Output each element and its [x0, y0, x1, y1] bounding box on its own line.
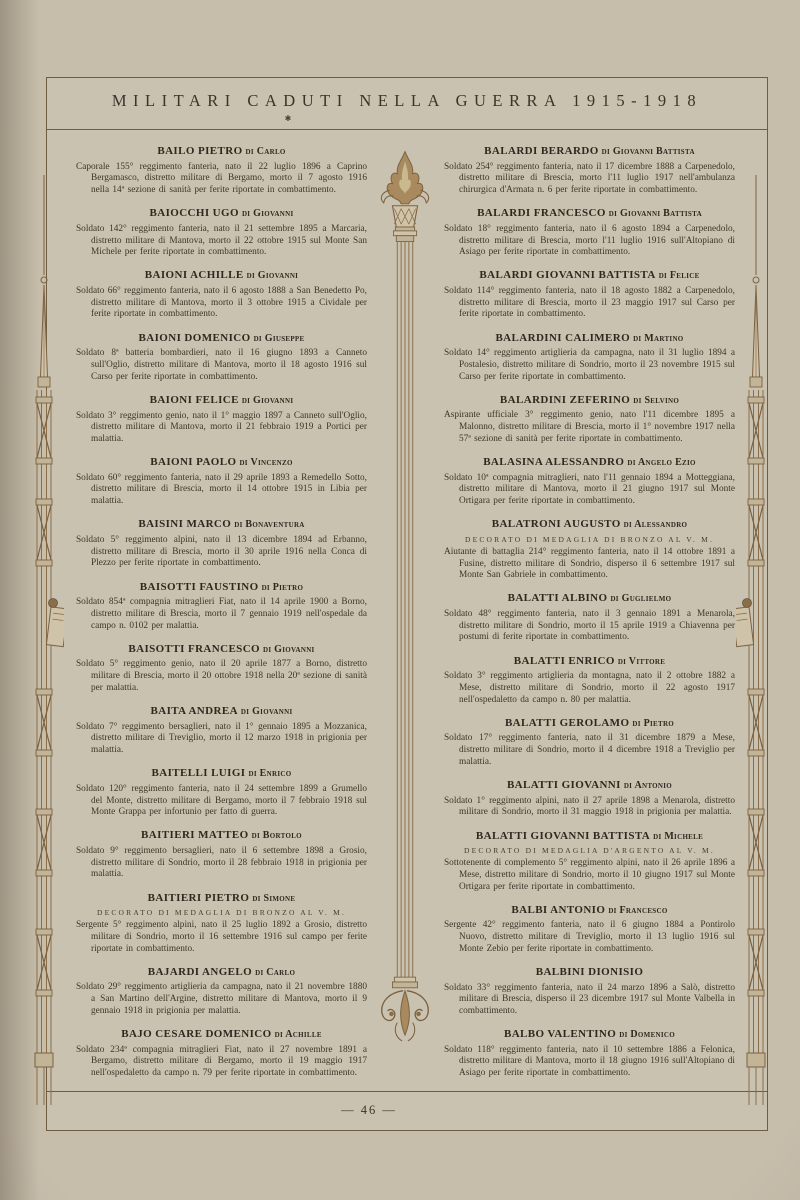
entry-text: Soldato 854ª compagnia mitraglieri Fiat,… — [76, 597, 367, 632]
soldier-entry: BAILO PIETROdi Carlo Caporale 155° reggi… — [76, 145, 367, 197]
soldier-name: BALBINI DIONISIO — [536, 966, 644, 978]
soldier-name-heading: BAILO PIETROdi Carlo — [76, 145, 367, 158]
entry-text: Soldato 60° reggimento fanteria, nato il… — [76, 473, 367, 508]
page-number: — 46 — — [341, 1092, 397, 1128]
soldier-patronymic: di Giovanni Battista — [602, 146, 695, 157]
soldier-name: BAILO PIETRO — [157, 145, 242, 157]
soldier-entry: BALARDI BERARDOdi Giovanni Battista Sold… — [444, 145, 735, 197]
soldier-name-heading: BAISINI MARCOdi Bonaventura — [76, 518, 367, 531]
entry-text: Soldato 8ª batteria bombardieri, nato il… — [76, 348, 367, 383]
soldier-entry: BAJO CESARE DOMENICOdi Achille Soldato 2… — [76, 1028, 367, 1080]
soldier-patronymic: di Simone — [252, 893, 295, 904]
entry-text: Soldato 120° reggimento fanteria, nato i… — [76, 784, 367, 819]
soldier-entry: BALATTI GIOVANNIdi Antonio Soldato 1° re… — [444, 779, 735, 819]
soldier-name: BALATTI GIOVANNI BATTISTA — [476, 830, 650, 842]
left-column: BAILO PIETROdi Carlo Caporale 155° reggi… — [76, 145, 367, 1080]
soldier-name-heading: BAISOTTI FAUSTINOdi Pietro — [76, 581, 367, 594]
soldier-name-heading: BAIONI PAOLOdi Vincenzo — [76, 456, 367, 469]
soldier-name-heading: BALATTI GIOVANNIdi Antonio — [444, 779, 735, 792]
entry-text: Caporale 155° reggimento fanteria, nato … — [76, 162, 367, 197]
entry-text: Soldato 14° reggimento artiglieria da ca… — [444, 348, 735, 383]
soldier-name: BAIOCCHI UGO — [149, 207, 238, 219]
soldier-name-heading: BAISOTTI FRANCESCOdi Giovanni — [76, 643, 367, 656]
soldier-name: BAISOTTI FRANCESCO — [128, 643, 260, 655]
entry-text: Soldato 7° reggimento bersaglieri, nato … — [76, 722, 367, 757]
soldier-name: BALATRONI AUGUSTO — [492, 518, 621, 530]
right-column: BALARDI BERARDOdi Giovanni Battista Sold… — [444, 145, 735, 1080]
soldier-patronymic: di Angelo Ezio — [627, 457, 695, 468]
soldier-entry: BAIONI ACHILLEdi Giovanni Soldato 66° re… — [76, 269, 367, 321]
soldier-name-heading: BALARDINI CALIMEROdi Martino — [444, 332, 735, 345]
soldier-name: BALARDI FRANCESCO — [477, 207, 606, 219]
soldier-patronymic: di Bonaventura — [234, 519, 304, 530]
entry-text: Soldato 18° reggimento fanteria, nato il… — [444, 224, 735, 259]
soldier-patronymic: di Antonio — [624, 780, 672, 791]
page-frame: MILITARI CADUTI NELLA GUERRA 1915-1918 ✱… — [46, 77, 768, 1131]
soldier-name: BALATTI GIOVANNI — [507, 779, 621, 791]
soldier-name-heading: BAIONI FELICEdi Giovanni — [76, 394, 367, 407]
entry-text: Soldato 10ª compagnia mitraglieri, nato … — [444, 473, 735, 508]
soldier-patronymic: di Giovanni — [263, 644, 315, 655]
soldier-name-heading: BAITIERI MATTEOdi Bortolo — [76, 829, 367, 842]
entry-text: Soldato 234ª compagnia mitraglieri Fiat,… — [76, 1045, 367, 1080]
soldier-name-heading: BAJO CESARE DOMENICOdi Achille — [76, 1028, 367, 1041]
soldier-name-heading: BAITA ANDREAdi Giovanni — [76, 705, 367, 718]
soldier-name: BAITIERI MATTEO — [141, 829, 249, 841]
soldier-name: BAJO CESARE DOMENICO — [121, 1028, 271, 1040]
soldier-entry: BALATTI GIOVANNI BATTISTAdi Michele DECO… — [444, 830, 735, 894]
soldier-patronymic: di Vittore — [618, 656, 665, 667]
soldier-patronymic: di Vincenzo — [239, 457, 292, 468]
soldier-entry: BALBO VALENTINOdi Domenico Soldato 118° … — [444, 1028, 735, 1080]
entry-text: Soldato 66° reggimento fanteria, nato il… — [76, 286, 367, 321]
soldier-entry: BAIONI FELICEdi Giovanni Soldato 3° regg… — [76, 394, 367, 446]
soldier-name: BAITA ANDREA — [151, 705, 238, 717]
soldier-name: BAIONI ACHILLE — [145, 269, 244, 281]
book-edge-shadow — [0, 0, 46, 1200]
soldier-name: BALASINA ALESSANDRO — [483, 456, 624, 468]
title-band: MILITARI CADUTI NELLA GUERRA 1915-1918 ✱ — [47, 78, 767, 130]
entry-text: Soldato 1° reggimento alpini, nato il 27… — [444, 796, 735, 819]
honor-line: DECORATO DI MEDAGLIA D'ARGENTO AL V. M. — [444, 846, 735, 855]
page-title: MILITARI CADUTI NELLA GUERRA 1915-1918 — [47, 78, 767, 111]
book-page-photo: MILITARI CADUTI NELLA GUERRA 1915-1918 ✱… — [0, 0, 800, 1200]
soldier-entry: BALARDINI ZEFERINOdi Selvino Aspirante u… — [444, 394, 735, 446]
soldier-entry: BAIONI DOMENICOdi Giuseppe Soldato 8ª ba… — [76, 332, 367, 384]
soldier-patronymic: di Giovanni — [241, 706, 293, 717]
soldier-name-heading: BAIONI DOMENICOdi Giuseppe — [76, 332, 367, 345]
soldier-patronymic: di Domenico — [619, 1029, 675, 1040]
soldier-patronymic: di Guglielmo — [610, 593, 671, 604]
soldier-entry: BALARDI FRANCESCOdi Giovanni Battista So… — [444, 207, 735, 259]
entry-text: Soldato 254° reggimento fanteria, nato i… — [444, 162, 735, 197]
soldier-name: BALBO VALENTINO — [504, 1028, 616, 1040]
entry-text: Soldato 17° reggimento fanteria, nato il… — [444, 733, 735, 768]
soldier-name: BALATTI GEROLAMO — [505, 717, 629, 729]
soldier-name-heading: BAJARDI ANGELOdi Carlo — [76, 966, 367, 979]
title-ornament-mark: ✱ — [285, 114, 292, 123]
soldier-name: BAIONI FELICE — [150, 394, 239, 406]
soldier-entry: BAIOCCHI UGOdi Giovanni Soldato 142° reg… — [76, 207, 367, 259]
entry-text: Aiutante di battaglia 214° reggimento fa… — [444, 547, 735, 582]
soldier-name-heading: BALBINI DIONISIO — [444, 966, 735, 979]
soldier-name: BAISINI MARCO — [138, 518, 231, 530]
soldier-name: BALARDI GIOVANNI BATTISTA — [479, 269, 655, 281]
soldier-entry: BAITA ANDREAdi Giovanni Soldato 7° reggi… — [76, 705, 367, 757]
entry-text: Soldato 3° reggimento genio, nato il 1° … — [76, 411, 367, 446]
soldier-name-heading: BALARDINI ZEFERINOdi Selvino — [444, 394, 735, 407]
soldier-entry: BALATTI ALBINOdi Guglielmo Soldato 48° r… — [444, 592, 735, 644]
soldier-patronymic: di Carlo — [246, 146, 286, 157]
soldier-name: BAISOTTI FAUSTINO — [140, 581, 259, 593]
soldier-entry: BAIONI PAOLOdi Vincenzo Soldato 60° regg… — [76, 456, 367, 508]
soldier-name-heading: BALBI ANTONIOdi Francesco — [444, 904, 735, 917]
soldier-patronymic: di Alessandro — [624, 519, 688, 530]
soldier-patronymic: di Giovanni — [242, 208, 294, 219]
soldier-name: BALARDINI CALIMERO — [495, 332, 630, 344]
soldier-entry: BALBI ANTONIOdi Francesco Sergente 42° r… — [444, 904, 735, 956]
entries-area: BAILO PIETROdi Carlo Caporale 155° reggi… — [47, 130, 767, 1092]
honor-line: DECORATO DI MEDAGLIA DI BRONZO AL V. M. — [76, 908, 367, 917]
entry-text: Soldato 118° reggimento fanteria, nato i… — [444, 1045, 735, 1080]
honor-line: DECORATO DI MEDAGLIA DI BRONZO AL V. M. — [444, 535, 735, 544]
entry-text: Soldato 3° reggimento artiglieria da mon… — [444, 671, 735, 706]
soldier-name: BAJARDI ANGELO — [148, 966, 252, 978]
soldier-entry: BAITELLI LUIGIdi Enrico Soldato 120° reg… — [76, 767, 367, 819]
soldier-name: BALARDI BERARDO — [484, 145, 599, 157]
soldier-entry: BALATRONI AUGUSTOdi Alessandro DECORATO … — [444, 518, 735, 582]
footer-band: — 46 — — [47, 1091, 767, 1130]
soldier-patronymic: di Giovanni Battista — [609, 208, 702, 219]
soldier-patronymic: di Pietro — [262, 582, 304, 593]
soldier-name: BAITIERI PIETRO — [148, 892, 250, 904]
soldier-entry: BALATTI GEROLAMOdi Pietro Soldato 17° re… — [444, 717, 735, 769]
soldier-name: BAIONI PAOLO — [150, 456, 236, 468]
soldier-patronymic: di Michele — [653, 831, 703, 842]
entry-text: Soldato 142° reggimento fanteria, nato i… — [76, 224, 367, 259]
soldier-name: BAIONI DOMENICO — [139, 332, 251, 344]
entry-text: Sergente 5° reggimento alpini, nato il 2… — [76, 920, 367, 955]
entry-text: Soldato 5° reggimento alpini, nato il 13… — [76, 535, 367, 570]
soldier-patronymic: di Martino — [633, 333, 683, 344]
entry-text: Soldato 48° reggimento fanteria, nato il… — [444, 609, 735, 644]
soldier-name: BALATTI ENRICO — [514, 655, 615, 667]
entry-text: Soldato 5° reggimento genio, nato il 20 … — [76, 659, 367, 694]
soldier-entry: BAISOTTI FRANCESCOdi Giovanni Soldato 5°… — [76, 643, 367, 695]
soldier-entry: BALBINI DIONISIO Soldato 33° reggimento … — [444, 966, 735, 1018]
soldier-entry: BAISOTTI FAUSTINOdi Pietro Soldato 854ª … — [76, 581, 367, 633]
soldier-patronymic: di Giovanni — [247, 270, 299, 281]
entry-text: Soldato 114° reggimento fanteria, nato i… — [444, 286, 735, 321]
soldier-name-heading: BALBO VALENTINOdi Domenico — [444, 1028, 735, 1041]
soldier-entry: BAITIERI MATTEOdi Bortolo Soldato 9° reg… — [76, 829, 367, 881]
soldier-name-heading: BALATTI ALBINOdi Guglielmo — [444, 592, 735, 605]
soldier-patronymic: di Francesco — [608, 905, 667, 916]
entry-text: Soldato 9° reggimento bersaglieri, nato … — [76, 846, 367, 881]
entry-text: Aspirante ufficiale 3° reggimento genio,… — [444, 410, 735, 445]
soldier-entry: BALARDI GIOVANNI BATTISTAdi Felice Solda… — [444, 269, 735, 321]
soldier-patronymic: di Felice — [659, 270, 700, 281]
soldier-patronymic: di Pietro — [632, 718, 674, 729]
soldier-name-heading: BALATTI GIOVANNI BATTISTAdi Michele — [444, 830, 735, 843]
entry-text: Soldato 29° reggimento artiglieria da ca… — [76, 982, 367, 1017]
soldier-patronymic: di Giuseppe — [254, 333, 305, 344]
soldier-entry: BAISINI MARCOdi Bonaventura Soldato 5° r… — [76, 518, 367, 570]
soldier-name: BALARDINI ZEFERINO — [500, 394, 630, 406]
soldier-entry: BALASINA ALESSANDROdi Angelo Ezio Soldat… — [444, 456, 735, 508]
soldier-entry: BALATTI ENRICOdi Vittore Soldato 3° regg… — [444, 655, 735, 707]
soldier-name-heading: BAIOCCHI UGOdi Giovanni — [76, 207, 367, 220]
soldier-name: BAITELLI LUIGI — [152, 767, 246, 779]
soldier-name-heading: BALARDI FRANCESCOdi Giovanni Battista — [444, 207, 735, 220]
soldier-name-heading: BALASINA ALESSANDROdi Angelo Ezio — [444, 456, 735, 469]
soldier-patronymic: di Achille — [275, 1029, 322, 1040]
soldier-name: BALATTI ALBINO — [508, 592, 608, 604]
soldier-entry: BALARDINI CALIMEROdi Martino Soldato 14°… — [444, 332, 735, 384]
soldier-name-heading: BALARDI BERARDOdi Giovanni Battista — [444, 145, 735, 158]
entry-text: Soldato 33° reggimento fanteria, nato il… — [444, 983, 735, 1018]
soldier-name-heading: BALARDI GIOVANNI BATTISTAdi Felice — [444, 269, 735, 282]
entry-text: Sergente 42° reggimento fanteria, nato i… — [444, 920, 735, 955]
soldier-entry: BAJARDI ANGELOdi Carlo Soldato 29° reggi… — [76, 966, 367, 1018]
soldier-patronymic: di Enrico — [248, 768, 291, 779]
soldier-name-heading: BAITELLI LUIGIdi Enrico — [76, 767, 367, 780]
entry-text: Sottotenente di complemento 5° reggiment… — [444, 858, 735, 893]
soldier-patronymic: di Selvino — [633, 395, 679, 406]
soldier-patronymic: di Giovanni — [242, 395, 294, 406]
soldier-name-heading: BALATRONI AUGUSTOdi Alessandro — [444, 518, 735, 531]
soldier-name-heading: BAIONI ACHILLEdi Giovanni — [76, 269, 367, 282]
soldier-name-heading: BALATTI GEROLAMOdi Pietro — [444, 717, 735, 730]
soldier-patronymic: di Bortolo — [252, 830, 302, 841]
soldier-name: BALBI ANTONIO — [511, 904, 605, 916]
soldier-name-heading: BALATTI ENRICOdi Vittore — [444, 655, 735, 668]
soldier-patronymic: di Carlo — [255, 967, 295, 978]
soldier-entry: BAITIERI PIETROdi Simone DECORATO DI MED… — [76, 892, 367, 956]
soldier-name-heading: BAITIERI PIETROdi Simone — [76, 892, 367, 905]
